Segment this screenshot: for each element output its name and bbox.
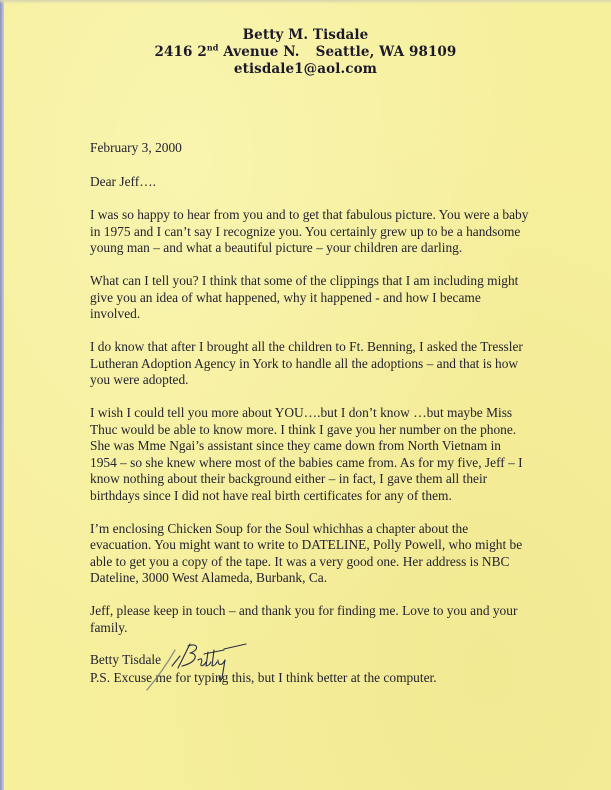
letterhead: Betty M. Tisdale 2416 2nd Avenue N.Seatt… bbox=[0, 27, 611, 78]
letterhead-street-number: 2416 2 bbox=[155, 44, 207, 60]
letter-paragraph: I’m enclosing Chicken Soup for the Soul … bbox=[90, 521, 530, 587]
letterhead-street-suffix: nd bbox=[207, 43, 219, 53]
scan-edge-left bbox=[0, 0, 4, 790]
letter-paragraph: What can I tell you? I think that some o… bbox=[90, 273, 530, 323]
letter-paragraph: I do know that after I brought all the c… bbox=[90, 339, 530, 389]
letter-page: Betty M. Tisdale 2416 2nd Avenue N.Seatt… bbox=[0, 0, 611, 790]
scan-edge-top bbox=[0, 0, 611, 4]
letterhead-name: Betty M. Tisdale bbox=[0, 27, 611, 44]
letter-paragraph: Jeff, please keep in touch – and thank y… bbox=[90, 603, 530, 636]
letterhead-email: etisdale1@aol.com bbox=[0, 61, 611, 78]
letter-date: February 3, 2000 bbox=[90, 140, 530, 157]
letterhead-city: Seattle, WA 98109 bbox=[316, 44, 457, 60]
letterhead-address: 2416 2nd Avenue N.Seattle, WA 98109 bbox=[0, 44, 611, 61]
letter-salutation: Dear Jeff…. bbox=[90, 174, 530, 191]
pen-mark bbox=[135, 640, 185, 700]
letter-paragraph: I wish I could tell you more about YOU….… bbox=[90, 405, 530, 504]
letter-paragraph: I was so happy to hear from you and to g… bbox=[90, 207, 530, 257]
letter-body: February 3, 2000 Dear Jeff…. I was so ha… bbox=[90, 140, 530, 703]
letterhead-street-rest: Avenue N. bbox=[218, 44, 299, 60]
